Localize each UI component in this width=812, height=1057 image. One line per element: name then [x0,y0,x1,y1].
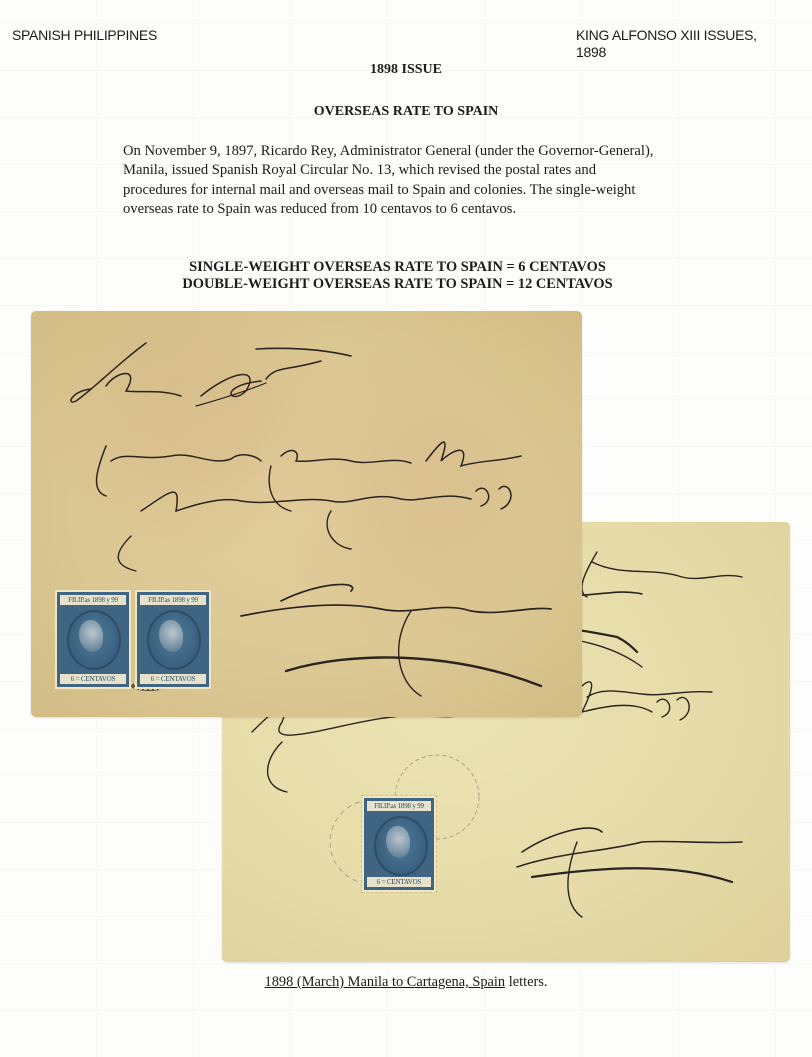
caption-rest: letters. [505,974,547,990]
stamp-6-centavos: FILIP.as 1898 y 99 6 = CENTAVOS [362,796,436,892]
page-title: 1898 ISSUE [0,62,812,78]
stamp-6-centavos-left: FILIP.as 1898 y 99 6 = CENTAVOS [55,590,131,689]
king-alfonso-portrait-icon [159,620,183,652]
stamp-country-text: FILIP.as 1898 y 99 [60,595,126,605]
exhibit-caption: 1898 (March) Manila to Cartagena, Spain … [0,974,812,991]
double-weight-cover: FILIP.as 1898 y 99 6 = CENTAVOS FILIP.as… [31,311,582,717]
intro-paragraph: On November 9, 1897, Ricardo Rey, Admini… [123,142,663,220]
header-issue: KING ALFONSO XIII ISSUES, 1898 [576,27,806,61]
stamp-country-text: FILIP.as 1898 y 99 [140,595,206,605]
rate-summary: SINGLE-WEIGHT OVERSEAS RATE TO SPAIN = 6… [0,259,795,293]
caption-underlined: 1898 (March) Manila to Cartagena, Spain [265,974,506,990]
stamp-value-text: 6 = CENTAVOS [367,877,431,887]
header-country: SPANISH PHILIPPINES [12,27,157,43]
header-issue-line1: KING ALFONSO XIII ISSUES, [576,27,806,44]
single-rate-line: SINGLE-WEIGHT OVERSEAS RATE TO SPAIN = 6… [0,259,795,276]
double-rate-line: DOUBLE-WEIGHT OVERSEAS RATE TO SPAIN = 1… [0,276,795,293]
stamp-6-centavos-right: FILIP.as 1898 y 99 6 = CENTAVOS [135,590,211,689]
stamp-value-text: 6 = CENTAVOS [60,674,126,684]
stamp-value-text: 6 = CENTAVOS [140,674,206,684]
king-alfonso-portrait-icon [386,826,410,858]
page-subtitle: OVERSEAS RATE TO SPAIN [0,104,812,120]
header-issue-line2: 1898 [576,44,806,61]
king-alfonso-portrait-icon [79,620,103,652]
stamp-country-text: FILIP.as 1898 y 99 [367,801,431,811]
